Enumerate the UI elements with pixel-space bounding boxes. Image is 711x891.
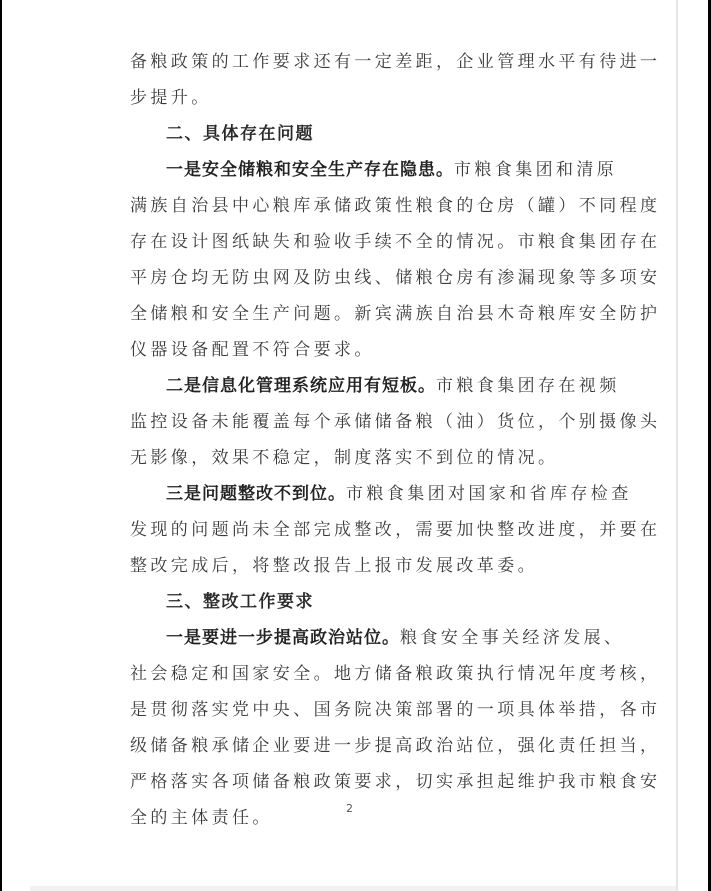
paragraph-lead: 三是问题整改不到位。 (166, 484, 346, 504)
text-run: 市粮食集团存在视频 (436, 376, 620, 396)
text-line: 备粮政策的工作要求还有一定差距，企业管理水平有待进一 (130, 44, 580, 80)
paragraph-info-system: 二是信息化管理系统应用有短板。市粮食集团存在视频 监控设备未能覆盖每个承储储备粮… (130, 368, 580, 476)
text-line: 二是信息化管理系统应用有短板。市粮食集团存在视频 (130, 368, 580, 404)
text-line: 是贯彻落实党中央、国务院决策部署的一项具体举措，各市 (130, 692, 580, 728)
text-line: 一是安全储粮和安全生产存在隐患。市粮食集团和清原 (130, 152, 580, 188)
text-line: 存在设计图纸缺失和验收手续不全的情况。市粮食集团存在 (130, 224, 580, 260)
paragraph-lead: 一是安全储粮和安全生产存在隐患。 (166, 160, 454, 180)
paragraph-political-stance: 一是要进一步提高政治站位。粮食安全事关经济发展、 社会稳定和国家安全。地方储备粮… (130, 620, 580, 836)
paragraph-safety-issues: 一是安全储粮和安全生产存在隐患。市粮食集团和清原 满族自治县中心粮库承储政策性粮… (130, 152, 580, 368)
text-line: 发现的问题尚未全部完成整改，需要加快整改进度，并要在 (130, 512, 580, 548)
section-heading-problems: 二、具体存在问题 (130, 116, 580, 152)
paragraph-rectification: 三是问题整改不到位。市粮食集团对国家和省库存检查 发现的问题尚未全部完成整改，需… (130, 476, 580, 584)
page-number: 2 (346, 802, 353, 815)
text-run: 市粮食集团对国家和省库存检查 (346, 484, 632, 504)
page-edge-line (676, 0, 678, 891)
text-line: 仪器设备配置不符合要求。 (130, 332, 580, 368)
document-page: 备粮政策的工作要求还有一定差距，企业管理水平有待进一 步提升。 二、具体存在问题… (130, 44, 580, 836)
paragraph-lead: 一是要进一步提高政治站位。 (166, 628, 400, 648)
paragraph-lead: 二是信息化管理系统应用有短板。 (166, 376, 436, 396)
section-heading-requirements: 三、整改工作要求 (130, 584, 580, 620)
text-run: 市粮食集团和清原 (454, 160, 617, 180)
text-line: 社会稳定和国家安全。地方储备粮政策执行情况年度考核， (130, 656, 580, 692)
paragraph-continuation: 备粮政策的工作要求还有一定差距，企业管理水平有待进一 步提升。 (130, 44, 580, 116)
text-line: 严格落实各项储备粮政策要求，切实承担起维护我市粮食安 (130, 764, 580, 800)
text-line: 三是问题整改不到位。市粮食集团对国家和省库存检查 (130, 476, 580, 512)
next-page-edge (30, 886, 676, 891)
text-line: 平房仓均无防虫网及防虫线、储粮仓房有渗漏现象等多项安 (130, 260, 580, 296)
text-line: 满族自治县中心粮库承储政策性粮食的仓房（罐）不同程度 (130, 188, 580, 224)
text-line: 全储粮和安全生产问题。新宾满族自治县木奇粮库安全防护 (130, 296, 580, 332)
text-line: 无影像，效果不稳定，制度落实不到位的情况。 (130, 440, 580, 476)
text-line: 级储备粮承储企业要进一步提高政治站位，强化责任担当， (130, 728, 580, 764)
window-left-border (0, 0, 2, 891)
text-line: 一是要进一步提高政治站位。粮食安全事关经济发展、 (130, 620, 580, 656)
text-line: 步提升。 (130, 80, 580, 116)
text-run: 粮食安全事关经济发展、 (400, 628, 624, 648)
text-line: 全的主体责任。 (130, 800, 580, 836)
text-line: 整改完成后，将整改报告上报市发展改革委。 (130, 548, 580, 584)
text-line: 监控设备未能覆盖每个承储储备粮（油）货位，个别摄像头 (130, 404, 580, 440)
